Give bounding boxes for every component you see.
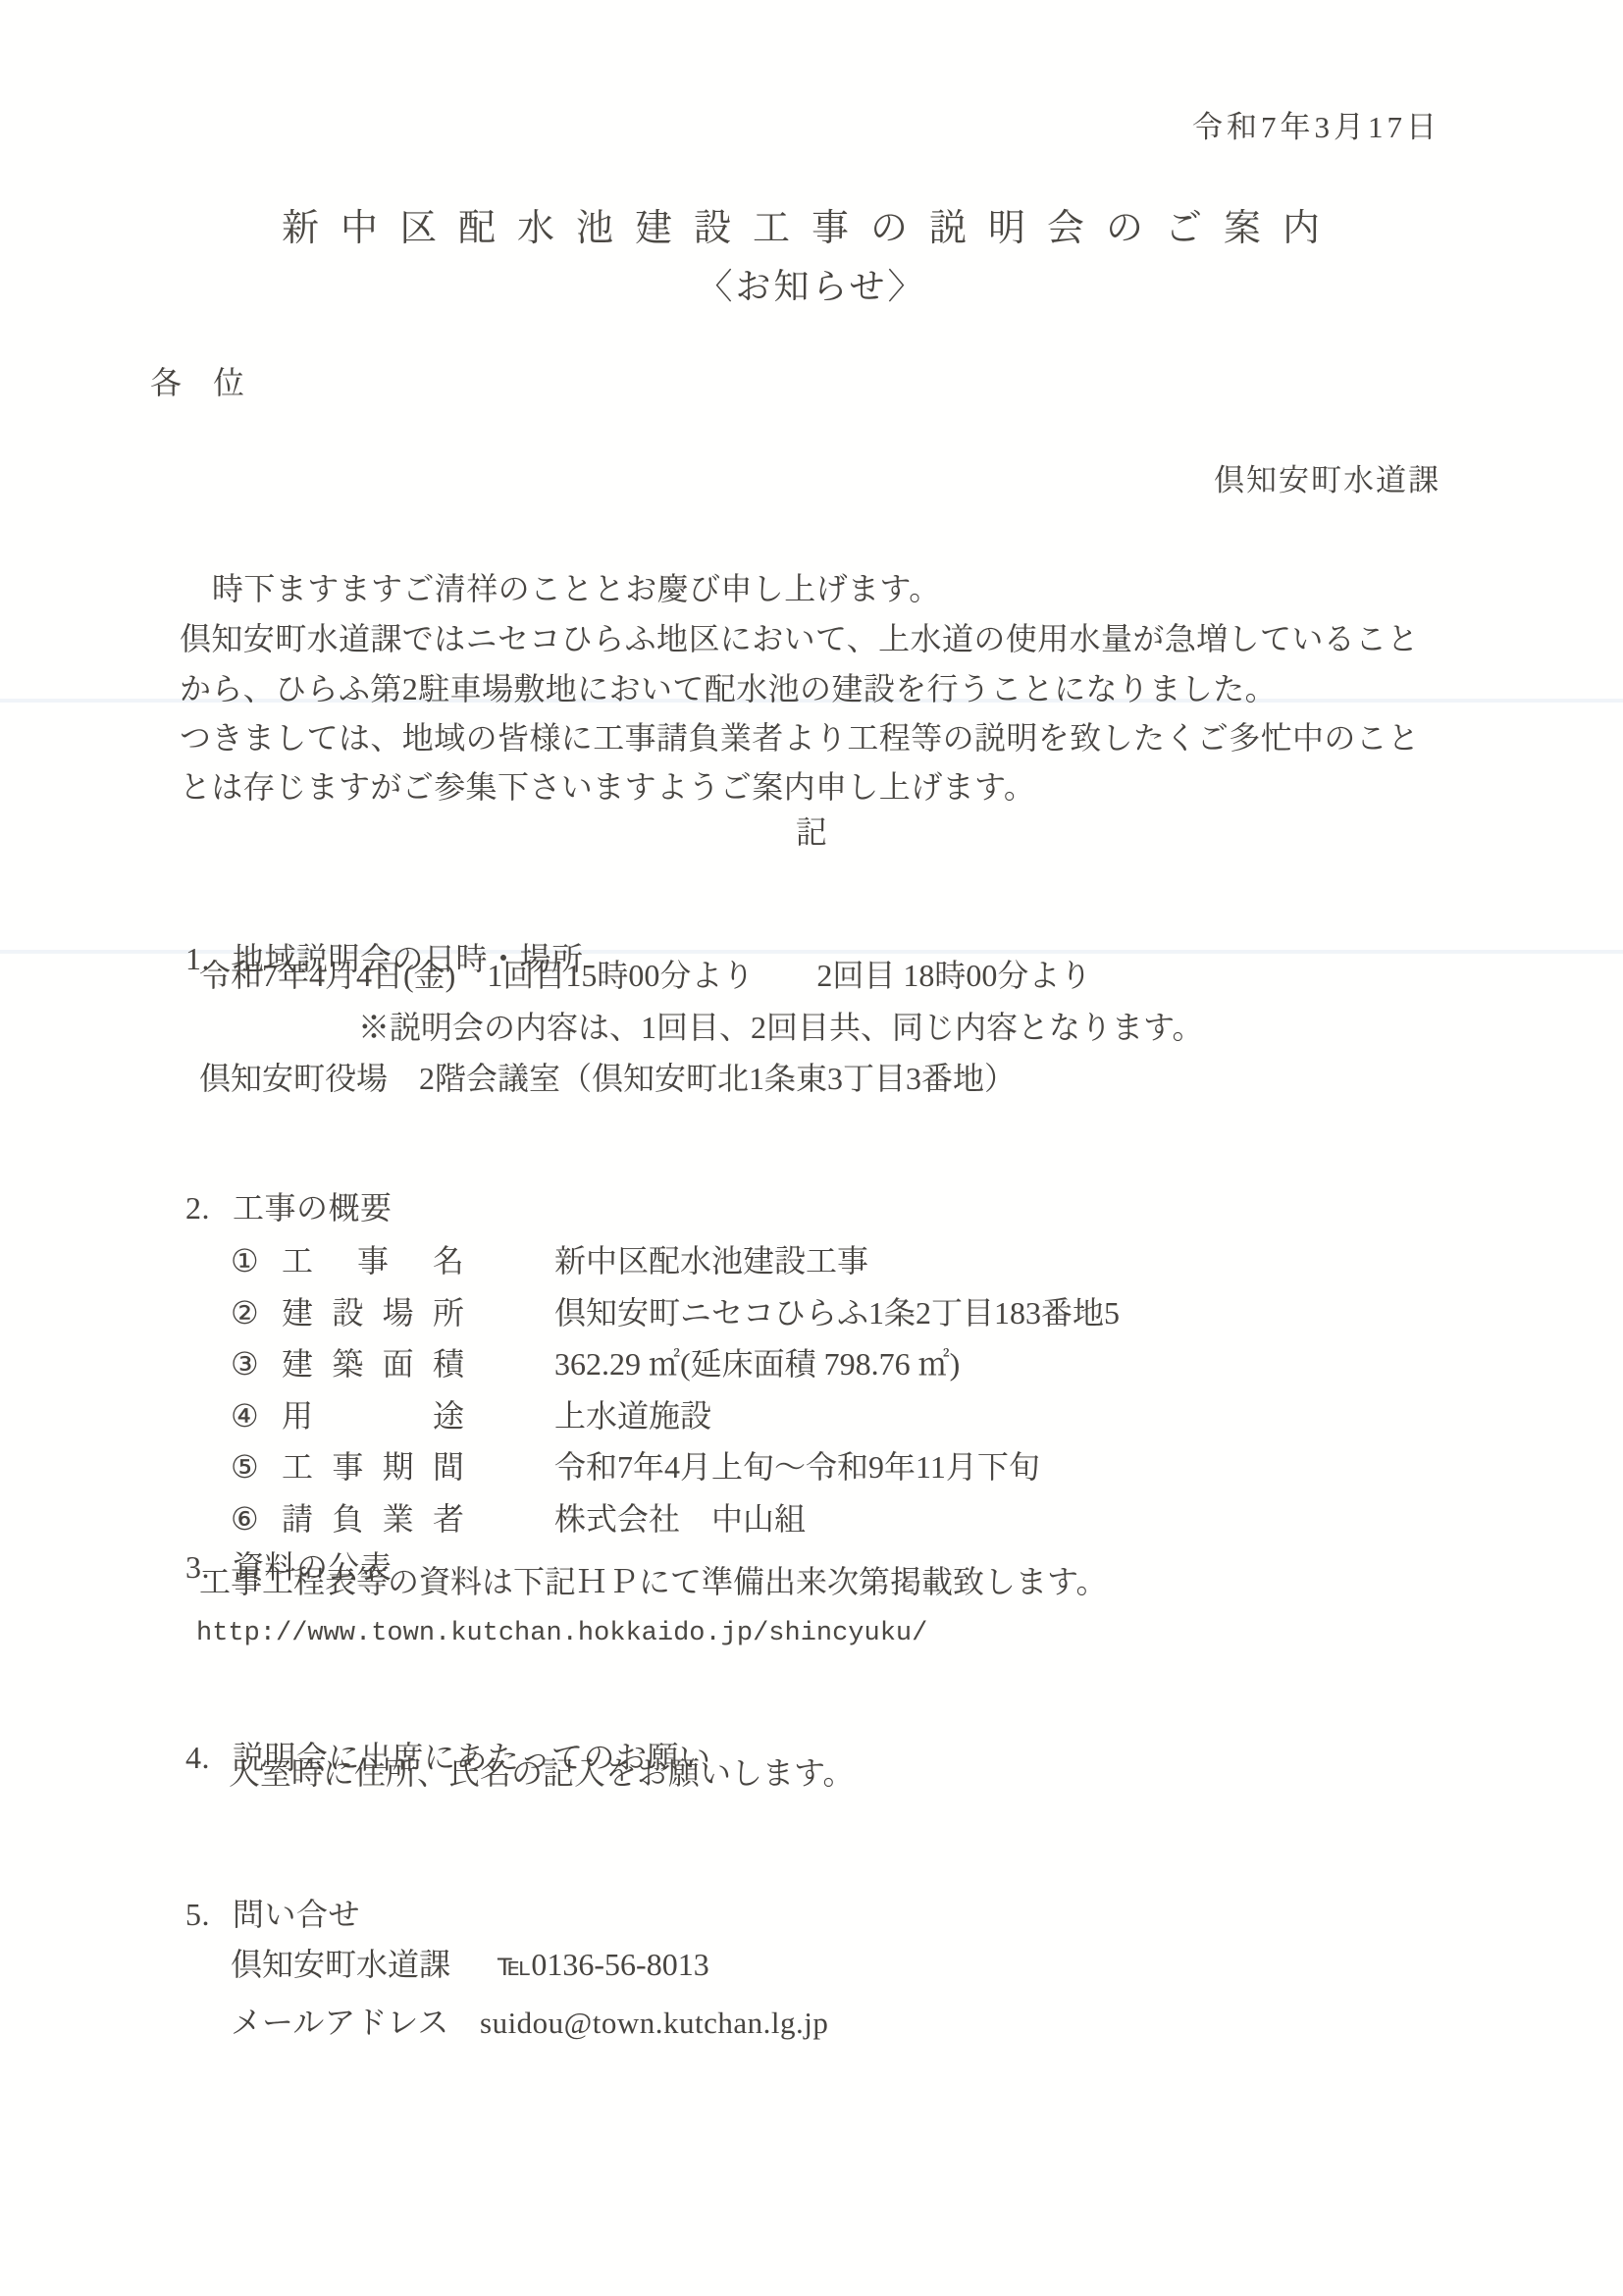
homepage-url: http://www.town.kutchan.hokkaido.jp/shin… [196, 1619, 927, 1649]
salutation: 各 位 [150, 365, 244, 401]
sender-department: 倶知安町水道課 [1214, 463, 1440, 498]
email-address: suidou@town.kutchan.lg.jp [480, 2006, 828, 2040]
attendance-request: 入室時に住所、氏名の記入をお願いします。 [229, 1755, 854, 1792]
document-subtitle: 〈お知らせ〉 [0, 267, 1623, 307]
publication-note: 工事工程表等の資料は下記ＨＰにて準備出来次第掲載致します。 [199, 1564, 1107, 1600]
overview-value: 株式会社 中山組 [554, 1501, 806, 1537]
document-title: 新中区配水池建設工事の説明会のご案内 [0, 208, 1623, 251]
scanned-notice-document: 令和7年3月17日 新中区配水池建設工事の説明会のご案内 〈お知らせ〉 各 位 … [0, 0, 1623, 2296]
meeting-schedule: 令和7年4月4日(金) 1回目15時00分より 2回目 18時00分より [199, 958, 1091, 994]
greeting-line: とは存じますがご参集下さいますようご案内申し上げます。 [180, 769, 1035, 806]
greeting-line: から、ひらふ第2駐車場敷地において配水池の建設を行うことになりました。 [180, 671, 1277, 707]
meeting-note: ※説明会の内容は、1回目、2回目共、同じ内容となります。 [358, 1010, 1203, 1046]
email-label: メールアドレス [231, 2005, 480, 2041]
greeting-line: 倶知安町水道課ではニセコひらふ地区において、上水道の使用水量が急増していること [180, 621, 1419, 657]
document-date: 令和7年3月17日 [1192, 110, 1440, 145]
ki-marker: 記 [0, 814, 1623, 851]
greeting-line: つきましては、地域の皆様に工事請負業者より工程等の説明を致したくご多忙中のこと [180, 720, 1420, 757]
meeting-venue: 倶知安町役場 2階会議室（倶知安町北1条東3丁目3番地） [199, 1061, 1016, 1097]
contact-email-line: メールアドレスsuidou@town.kutchan.lg.jp [199, 1968, 828, 2076]
greeting-line: 時下ますますご清祥のこととお慶び申し上げます。 [180, 571, 941, 607]
section4-number: 4. [185, 1740, 233, 1776]
